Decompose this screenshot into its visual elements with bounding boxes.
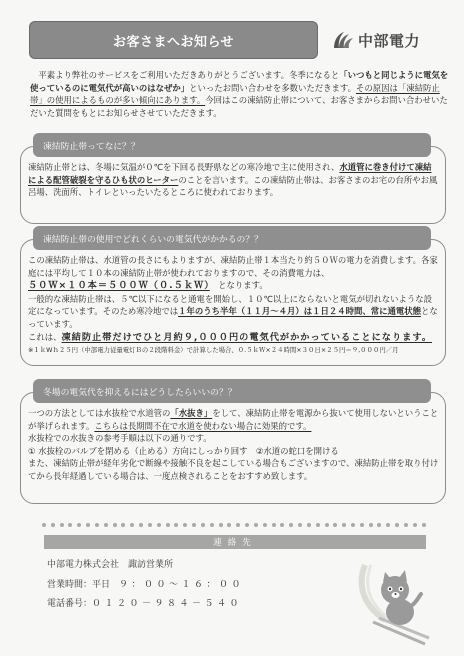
company-name: 中部電力株式会社 諏訪営業所 xyxy=(47,556,244,576)
header-title-bar: お客さまへお知らせ xyxy=(29,21,318,59)
power-formula: ５０Ｗ×１０本＝５００Ｗ（０.５ｋＷ） xyxy=(28,280,210,291)
section-heading: 凍結防止帯ってなに？？ xyxy=(43,139,140,152)
contact-heading-bar: 連絡先 xyxy=(44,535,426,549)
effective-note: こちらは長期間不在で水道を使わない場合に効果的です。 xyxy=(94,421,311,431)
section-heading-bar: 冬場の電気代を抑えるにはどうしたらいいの？？ xyxy=(33,379,431,403)
section-heading: 凍結防止帯の使用でどれくらいの電気代がかかるの？？ xyxy=(43,232,263,245)
phone-value: ０１２０－９８４－５４０ xyxy=(92,599,242,609)
body-text: 一つの方法としては水抜栓で水道管の xyxy=(28,408,170,418)
body-text: 凍結防止帯とは、冬場に気温が０℃を下回る長野県などの寒冷地で主に使用され、 xyxy=(28,162,339,172)
contact-info: 中部電力株式会社 諏訪営業所 営業時間：平日 ９：００～１６：００ 電話番号：０… xyxy=(47,556,244,615)
section-body: 一つの方法としては水抜栓で水道管の「水抜き」をして、凍結防止帯を電源から抜いて使… xyxy=(21,393,445,489)
intro-paragraph: 平素より弊社のサービスをご利用いただきありがとうございます。冬季になると「いつも… xyxy=(30,69,450,119)
notice-page: お客さまへお知らせ 中部電力 平素より弊社のサービスをご利用いただきありがとうご… xyxy=(0,0,464,656)
phone-number: 電話番号：０１２０－９８４－５４０ xyxy=(47,595,244,615)
brand-logo: 中部電力 xyxy=(332,27,420,53)
skiing-cat-icon xyxy=(355,560,445,650)
page-title: お客さまへお知らせ xyxy=(113,31,234,50)
brand-name: 中部電力 xyxy=(358,30,420,51)
usage-highlight: １年のうち半年（１１月～４月）は１日２４時間、常に通電状態 xyxy=(178,306,421,316)
dotted-divider xyxy=(42,523,426,529)
intro-text: 平素より弊社のサービスをご利用いただきありがとうございます。冬季になると xyxy=(38,70,339,80)
step-2: ②水道の蛇口を開ける xyxy=(256,446,339,456)
procedure-steps: ① 水抜栓のバルブを閉める（止める）方向にしっかり回す ②水道の蛇口を開ける xyxy=(28,445,439,458)
hours-value: ９：００～１６：００ xyxy=(119,580,244,590)
section-heading: 冬場の電気代を抑えるにはどうしたらいいの？？ xyxy=(43,385,237,398)
section-body: この凍結防止帯は、水道管の長さにもよりますが、凍結防止帯１本当たり約５０Ｗの電力… xyxy=(21,240,445,361)
calculation-note: ※１ｋWｈ２５円（中部電力従量電灯Ｂの２段階料金）で計算した場合、０.５ｋＷ×２… xyxy=(28,345,439,355)
phone-label: 電話番号： xyxy=(47,599,92,609)
section-what-is: 凍結防止帯ってなに？？ 凍結防止帯とは、冬場に気温が０℃を下回る長野県などの寒冷… xyxy=(20,146,446,224)
step-1: ① 水抜栓のバルブを閉める（止める）方向にしっかり回す xyxy=(28,446,248,456)
body-text: これは、 xyxy=(28,332,62,342)
business-hours: 営業時間：平日 ９：００～１６：００ xyxy=(47,576,244,596)
hours-label: 営業時間：平日 xyxy=(47,580,110,590)
body-text: となります。 xyxy=(210,280,268,290)
body-text: この凍結防止帯は、水道管の長さにもよりますが、凍結防止帯１本当たり約５０Ｗの電力… xyxy=(28,255,438,278)
inspection-advice: また、凍結防止帯が経年劣化で断線や接触不良を起こしている場合もございますので、凍… xyxy=(28,457,439,482)
contact-heading: 連絡先 xyxy=(213,536,257,548)
section-cost: 凍結防止帯の使用でどれくらいの電気代がかかるの？？ この凍結防止帯は、水道管の長… xyxy=(20,239,446,366)
drain-highlight: 「水抜き」 xyxy=(170,408,212,418)
chubu-electric-logo-icon xyxy=(332,30,354,50)
monthly-cost-highlight: 凍結防止帯だけでひと月約９,０００円の電気代がかかっていることになります。 xyxy=(62,332,433,343)
section-heading-bar: 凍結防止帯ってなに？？ xyxy=(33,133,431,157)
section-saving: 冬場の電気代を抑えるにはどうしたらいいの？？ 一つの方法としては水抜栓で水道管の… xyxy=(20,392,446,504)
intro-text: といったお問い合わせを多数いただきます。 xyxy=(189,83,356,93)
section-heading-bar: 凍結防止帯の使用でどれくらいの電気代がかかるの？？ xyxy=(33,226,431,250)
procedure-intro: 水抜栓での水抜きの参考手順は以下の通りです。 xyxy=(28,432,439,445)
